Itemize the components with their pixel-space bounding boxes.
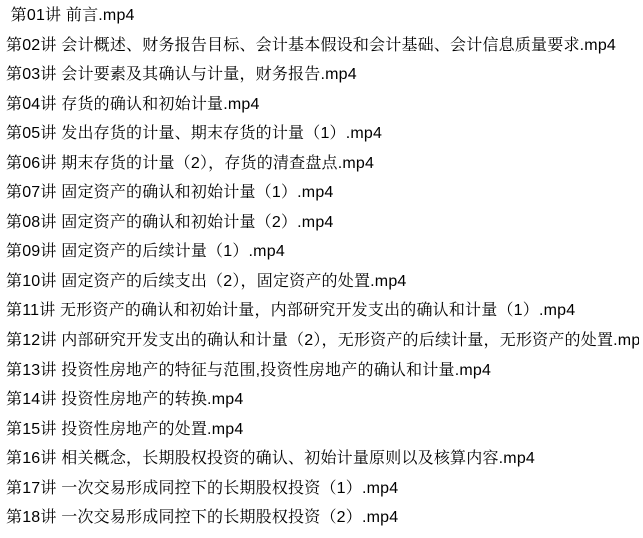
file-list-item[interactable]: 第07讲 固定资产的确认和初始计量（1）.mp4	[6, 178, 639, 208]
file-list-item[interactable]: 第08讲 固定资产的确认和初始计量（2）.mp4	[6, 208, 639, 238]
file-list-item[interactable]: 第10讲 固定资产的后续支出（2），固定资产的处置.mp4	[6, 267, 639, 297]
file-list-item[interactable]: 第12讲 内部研究开发支出的确认和计量（2），无形资产的后续计量，无形资产的处置…	[6, 326, 639, 356]
file-list-item[interactable]: 第05讲 发出存货的计量、期末存货的计量（1）.mp4	[6, 119, 639, 149]
file-list-item[interactable]: 第09讲 固定资产的后续计量（1）.mp4	[6, 237, 639, 267]
file-list-item[interactable]: 第13讲 投资性房地产的特征与范围,投资性房地产的确认和计量.mp4	[6, 356, 639, 386]
file-list: 第01讲 前言.mp4 第02讲 会计概述、财务报告目标、会计基本假设和会计基础…	[0, 0, 643, 538]
file-list-item[interactable]: 第14讲 投资性房地产的转换.mp4	[6, 385, 639, 415]
file-list-item[interactable]: 第16讲 相关概念，长期股权投资的确认、初始计量原则以及核算内容.mp4	[6, 444, 639, 474]
file-list-item[interactable]: 第02讲 会计概述、财务报告目标、会计基本假设和会计基础、会计信息质量要求.mp…	[6, 31, 639, 61]
file-list-item[interactable]: 第01讲 前言.mp4	[6, 1, 639, 31]
file-list-item[interactable]: 第03讲 会计要素及其确认与计量，财务报告.mp4	[6, 60, 639, 90]
file-list-item[interactable]: 第11讲 无形资产的确认和初始计量，内部研究开发支出的确认和计量（1）.mp4	[6, 296, 639, 326]
file-list-item[interactable]: 第17讲 一次交易形成同控下的长期股权投资（1）.mp4	[6, 474, 639, 504]
file-list-item[interactable]: 第18讲 一次交易形成同控下的长期股权投资（2）.mp4	[6, 503, 639, 533]
file-list-item[interactable]: 第06讲 期末存货的计量（2），存货的清查盘点.mp4	[6, 149, 639, 179]
file-list-item[interactable]: 第15讲 投资性房地产的处置.mp4	[6, 415, 639, 445]
file-list-item[interactable]: 第04讲 存货的确认和初始计量.mp4	[6, 90, 639, 120]
